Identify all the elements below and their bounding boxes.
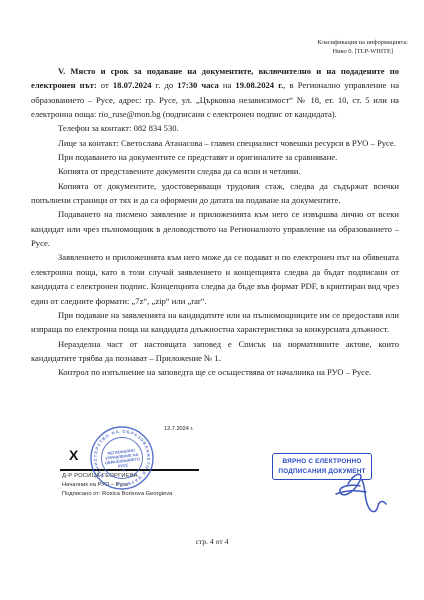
paragraph: Телефон за контакт: 082 834 530. — [31, 121, 399, 135]
signer-name: Д-Р РОСИЦА ГЕОРГИЕВА — [62, 473, 138, 479]
signature-x-mark: X — [69, 447, 78, 463]
document-page: Класификация на информацията: Ниво 0. [T… — [0, 0, 424, 600]
svg-text:МИНИСТЕРСТВО НА ОБРАЗОВАНИЕТО: МИНИСТЕРСТВО НА ОБРАЗОВАНИЕТО И НАУКАТА — [93, 429, 152, 488]
paragraph: Копията от документите, удостоверяващи т… — [31, 179, 399, 208]
paragraph: При подаване на заявленията на кандидати… — [31, 308, 399, 337]
verify-box-line2: ПОДПИСАНИЯ ДОКУМЕНТ — [278, 467, 365, 476]
stamp-ring-text: МИНИСТЕРСТВО НА ОБРАЗОВАНИЕТО И НАУКАТА — [93, 429, 152, 488]
paragraph: Контрол по изпълнение на заповедта ще се… — [31, 365, 399, 379]
classification-line1: Класификация на информацията: — [317, 39, 408, 48]
electronic-signature-verification-stamp: ВЯРНО С ЕЛЕКТРОННО ПОДПИСАНИЯ ДОКУМЕНТ — [272, 453, 372, 480]
signer-title: Началник на РУО – Русе — [62, 482, 129, 488]
classification-line2: Ниво 0. [TLP-WHITE] — [317, 48, 408, 57]
document-body: V. Място и срок за подаване на документи… — [31, 64, 399, 380]
paragraph: Подаването на писмено заявление и прилож… — [31, 207, 399, 250]
paragraph: Копията от представените документи следв… — [31, 164, 399, 178]
paragraph: Заявлението и приложенията към него може… — [31, 250, 399, 307]
signed-by-text: Подписано от: Rosica Borisova Georgieva — [62, 491, 172, 497]
stamp-center-line1: РЕГИОНАЛНО — [107, 448, 135, 456]
paragraph: Неразделна част от настоящата заповед е … — [31, 337, 399, 366]
stamp-center-line3: ОБРАЗОВАНИЕТО — [105, 456, 141, 465]
paragraph: V. Място и срок за подаване на документи… — [31, 64, 399, 121]
stamp-center-line2: УПРАВЛЕНИЕ НА — [105, 452, 139, 461]
paragraph: При подаването на документите се предста… — [31, 150, 399, 164]
verify-box-line1: ВЯРНО С ЕЛЕКТРОННО — [283, 457, 362, 466]
stamp-center-line4: РУСЕ — [117, 462, 128, 468]
signature-line — [60, 469, 199, 471]
classification-header: Класификация на информацията: Ниво 0. [T… — [317, 39, 408, 56]
paragraph: Лице за контакт: Светослава Атанасова – … — [31, 136, 399, 150]
page-number: стр. 4 от 4 — [0, 537, 424, 546]
signature-date: 12.7.2024 г. — [164, 426, 193, 432]
